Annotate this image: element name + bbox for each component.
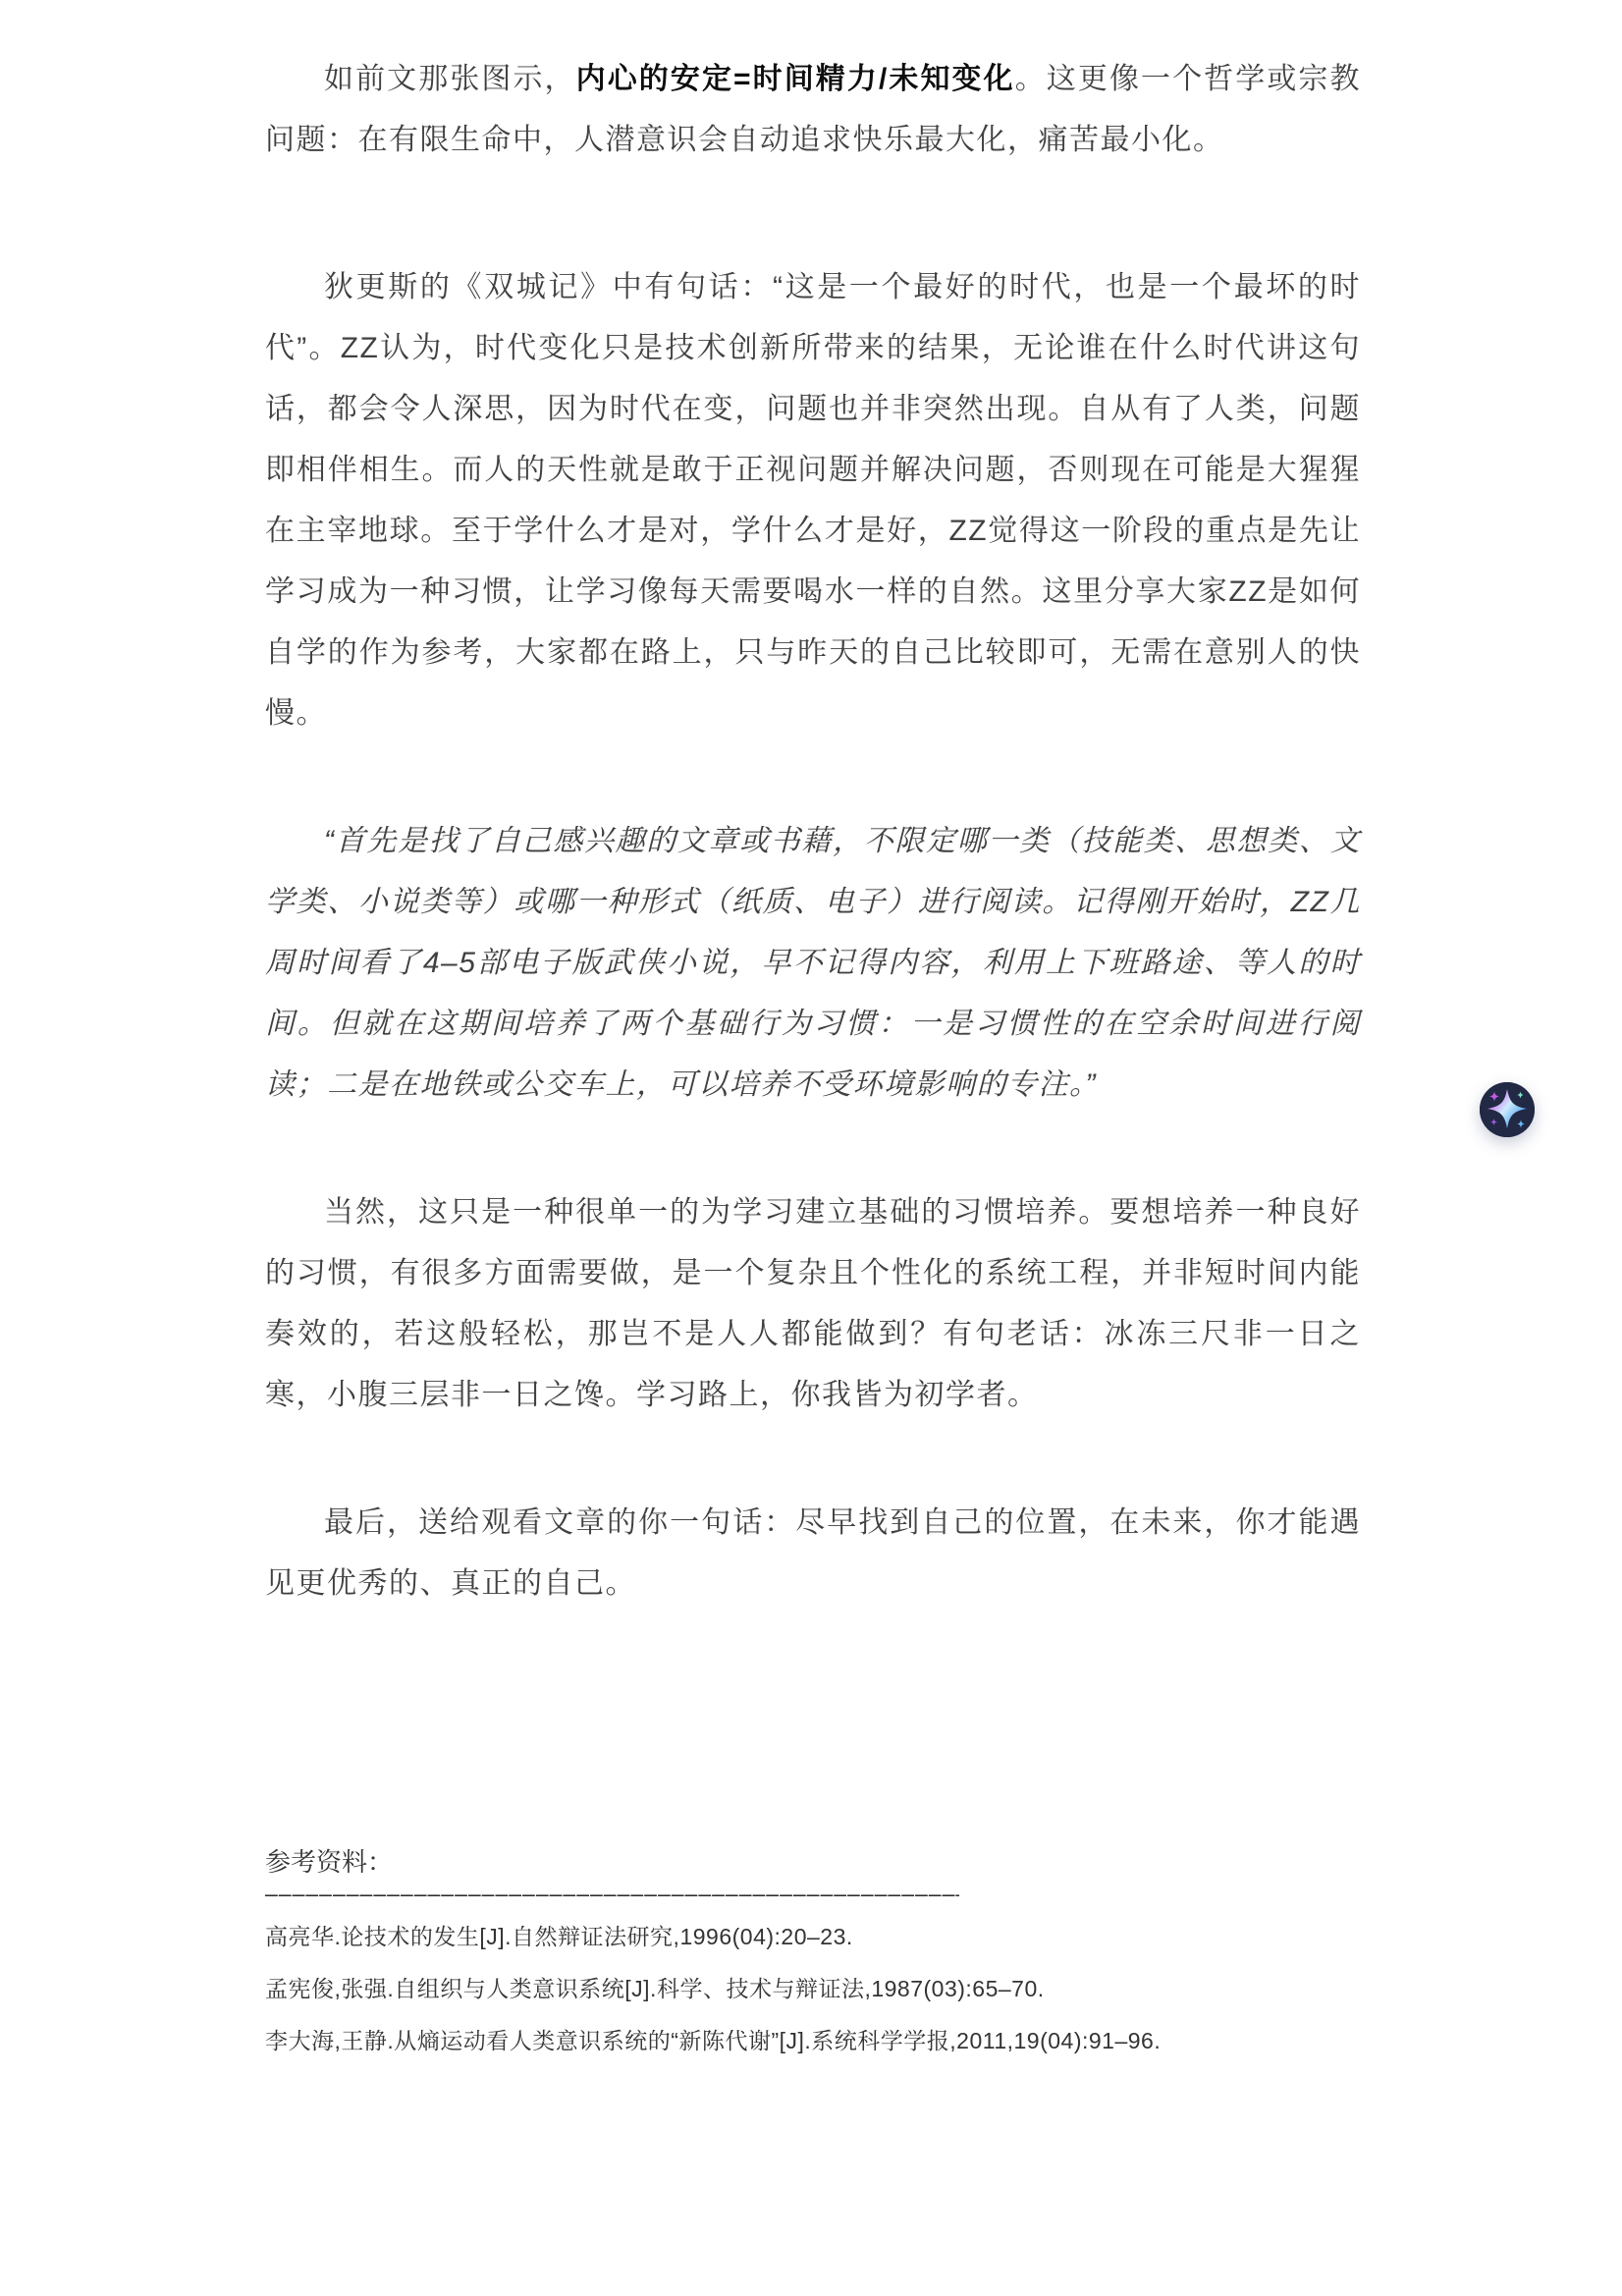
sparkle-icon <box>1480 1082 1535 1137</box>
bold-text: 内心的安定=时间精力/未知变化 <box>576 63 1015 95</box>
body-text: “首先是找了自己感兴趣的文章或书藉，不限定哪一类（技能类、思想类、文学类、小说类… <box>265 825 1361 1101</box>
paragraphs-container: 如前文那张图示，内心的安定=时间精力/未知变化。这更像一个哲学或宗教问题：在有限… <box>265 49 1361 1614</box>
article-body: 如前文那张图示，内心的安定=时间精力/未知变化。这更像一个哲学或宗教问题：在有限… <box>265 49 1361 2067</box>
reference-item: 孟宪俊,张强.自组织与人类意识系统[J].科学、技术与辩证法,1987(03):… <box>265 1963 1361 2015</box>
paragraph: 当然，这只是一种很单一的为学习建立基础的习惯培养。要想培养一种良好的习惯，有很多… <box>265 1182 1361 1426</box>
paragraph: 狄更斯的《双城记》中有句话：“这是一个最好的时代，也是一个最坏的时代”。ZZ认为… <box>265 257 1361 744</box>
body-text: 当然，这只是一种很单一的为学习建立基础的习惯培养。要想培养一种良好的习惯，有很多… <box>265 1196 1361 1411</box>
body-text: 如前文那张图示， <box>324 63 576 95</box>
references-list: 高亮华.论技术的发生[J].自然辩证法研究,1996(04):20–23.孟宪俊… <box>265 1911 1361 2067</box>
reference-item: 李大海,王静.从熵运动看人类意识系统的“新陈代谢”[J].系统科学学报,2011… <box>265 2015 1361 2067</box>
body-text: 狄更斯的《双城记》中有句话：“这是一个最好的时代，也是一个最坏的时代”。ZZ认为… <box>265 271 1361 730</box>
body-text: 最后，送给观看文章的你一句话：尽早找到自己的位置，在未来，你才能遇见更优秀的、真… <box>265 1506 1361 1600</box>
references-divider: ––––––––––––––––––––––––––––––––––––––––… <box>265 1886 959 1901</box>
paragraph: 最后，送给观看文章的你一句话：尽早找到自己的位置，在未来，你才能遇见更优秀的、真… <box>265 1493 1361 1614</box>
reference-item: 高亮华.论技术的发生[J].自然辩证法研究,1996(04):20–23. <box>265 1911 1361 1963</box>
references-section: 参考资料： ––––––––––––––––––––––––––––––––––… <box>265 1846 1361 2067</box>
paragraph: “首先是找了自己感兴趣的文章或书藉，不限定哪一类（技能类、思想类、文学类、小说类… <box>265 811 1361 1116</box>
paragraph: 如前文那张图示，内心的安定=时间精力/未知变化。这更像一个哲学或宗教问题：在有限… <box>265 49 1361 171</box>
references-title: 参考资料： <box>265 1846 1361 1878</box>
ai-assistant-button[interactable] <box>1480 1082 1535 1137</box>
